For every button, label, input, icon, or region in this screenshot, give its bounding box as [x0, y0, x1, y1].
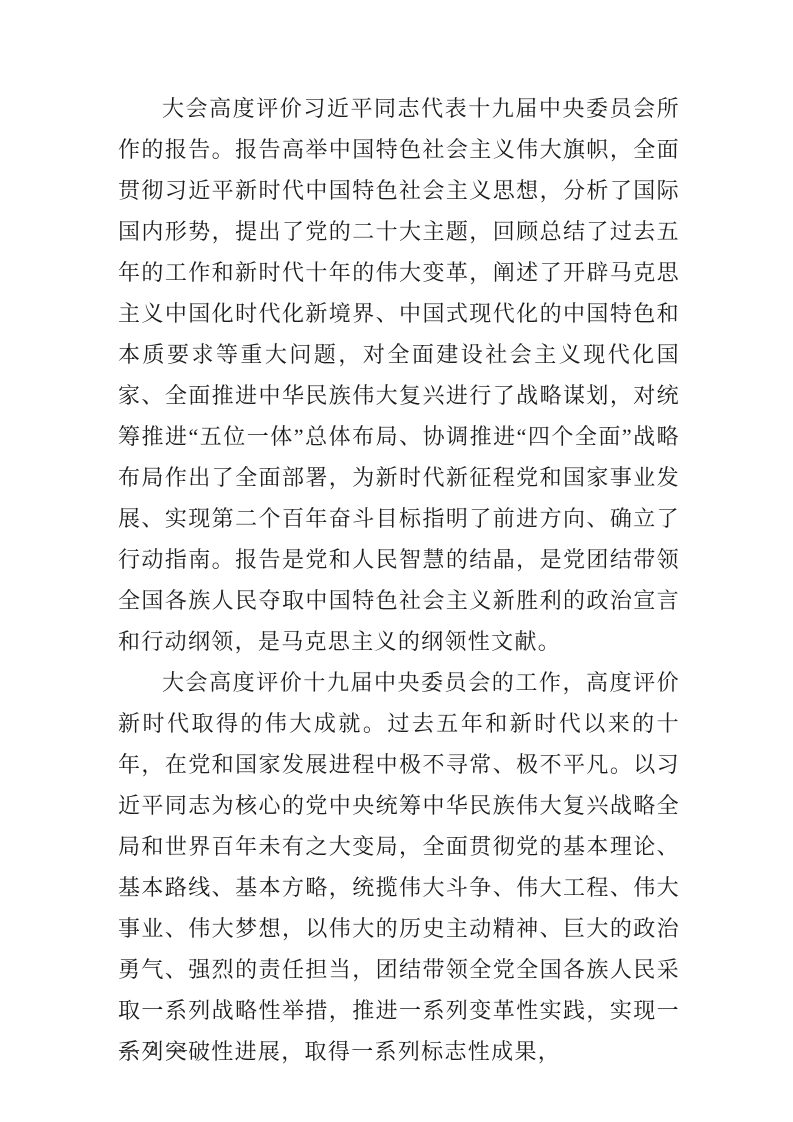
paragraph-report-evaluation: 大会高度评价习近平同志代表十九届中央委员会所作的报告。报告高举中国特色社会主义伟… — [118, 88, 680, 662]
paragraph-committee-work-evaluation: 大会高度评价十九届中央委员会的工作，高度评价新时代取得的伟大成就。过去五年和新时… — [118, 662, 680, 1072]
page-number: — 2 — — [119, 1036, 189, 1062]
document-body: 大会高度评价习近平同志代表十九届中央委员会所作的报告。报告高举中国特色社会主义伟… — [118, 88, 680, 1072]
document-page: 大会高度评价习近平同志代表十九届中央委员会所作的报告。报告高举中国特色社会主义伟… — [0, 0, 793, 1122]
